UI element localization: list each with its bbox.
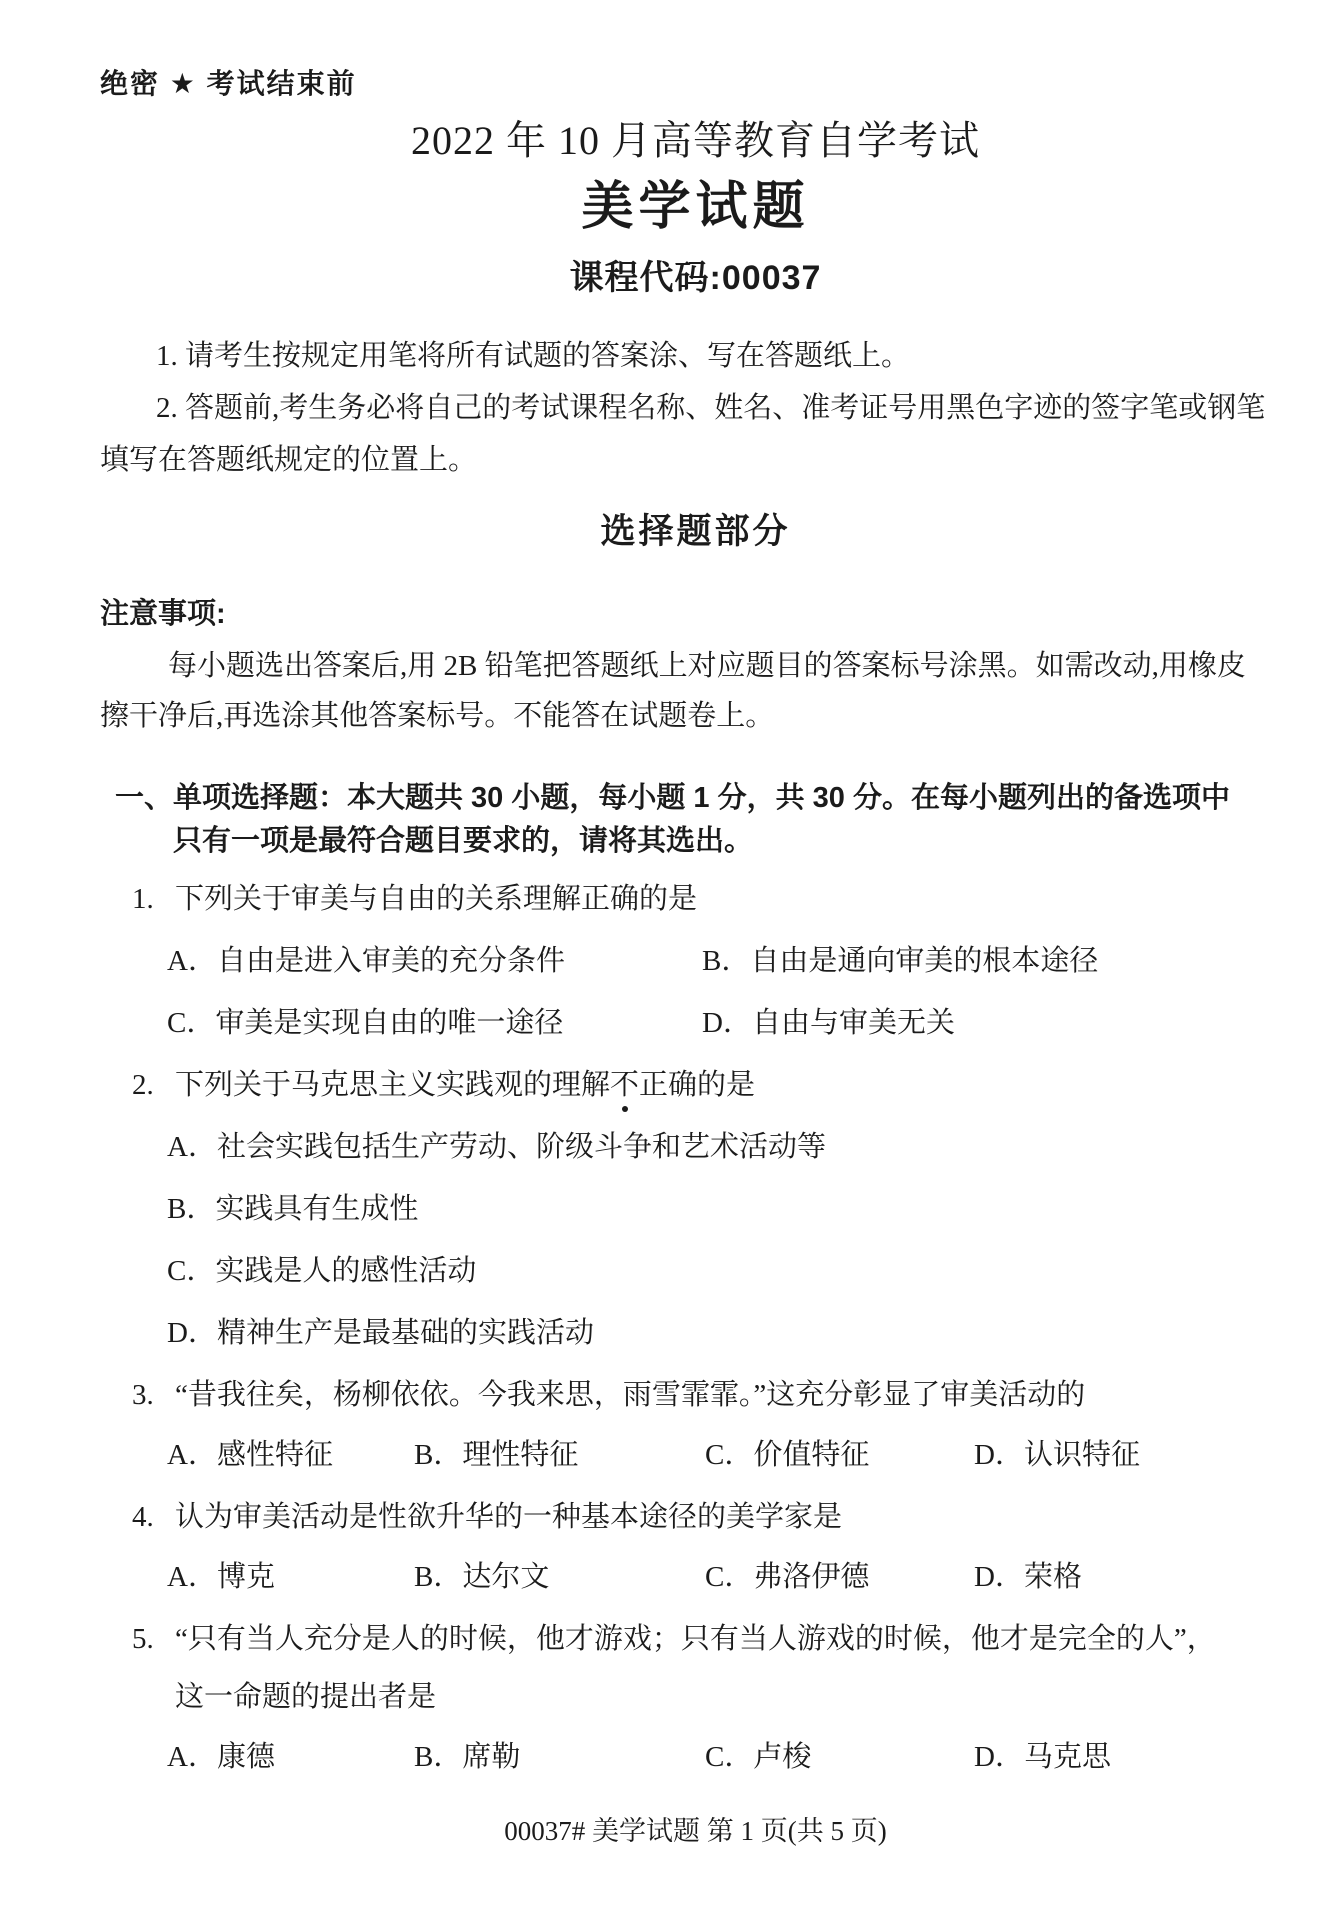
multiple-choice-part-title: 选择题部分: [100, 511, 1291, 553]
question-5-stem: 5. “只有当人充分是人的时候，他才游戏；只有当人游戏的时候，他才是完全的人”，…: [100, 1621, 1291, 1715]
question-3-option-b: B．理性特征: [414, 1437, 705, 1473]
question-4-option-b: B．达尔文: [414, 1559, 705, 1595]
course-code: 课程代码:00037: [100, 258, 1291, 298]
question-3: 3. “昔我往矣，杨柳依依。今我来思，雨雪霏霏。”这充分彰显了审美活动的 A．感…: [100, 1377, 1291, 1473]
notes-line-1: 每小题选出答案后,用 2B 铅笔把答题纸上对应题目的答案标号涂黑。如需改动,用橡…: [100, 648, 1291, 684]
question-3-stem: 3. “昔我往矣，杨柳依依。今我来思，雨雪霏霏。”这充分彰显了审美活动的: [100, 1377, 1291, 1413]
question-1-option-c: C．审美是实现自由的唯一途径: [167, 1005, 702, 1041]
question-2-stem-pre: 下列关于马克思主义实践观的理解: [175, 1069, 610, 1101]
exam-subject-title: 美学试题: [100, 178, 1291, 236]
question-2-stem-post: 正确的是: [639, 1069, 755, 1101]
question-1-option-a: A．自由是进入审美的充分条件: [167, 943, 702, 979]
question-5-options: A．康德 B．席勒 C．卢梭 D．马克思: [100, 1739, 1291, 1775]
question-3-stem-text: “昔我往矣，杨柳依依。今我来思，雨雪霏霏。”这充分彰显了审美活动的: [175, 1379, 1085, 1411]
question-1: 1. 下列关于审美与自由的关系理解正确的是 A．自由是进入审美的充分条件 B．自…: [100, 881, 1291, 1041]
question-5-option-d: D．马克思: [974, 1739, 1291, 1775]
question-2-number: 2.: [132, 1067, 154, 1103]
question-5-option-c: C．卢梭: [705, 1739, 974, 1775]
question-5-stem-line-2: 这一命题的提出者是: [175, 1679, 1291, 1715]
notes-label: 注意事项:: [100, 596, 1291, 632]
question-5-number: 5.: [132, 1621, 154, 1657]
question-4-option-a: A．博克: [167, 1559, 414, 1595]
instruction-item-2: 2. 答题前,考生务必将自己的考试课程名称、姓名、准考证号用黑色字迹的签字笔或钢…: [100, 390, 1291, 478]
notes-body: 每小题选出答案后,用 2B 铅笔把答题纸上对应题目的答案标号涂黑。如需改动,用橡…: [100, 648, 1291, 734]
instruction-item-2-line-2: 填写在答题纸规定的位置上。: [100, 442, 1291, 478]
question-3-number: 3.: [132, 1377, 154, 1413]
question-2-options: A．社会实践包括生产劳动、阶级斗争和艺术活动等 B．实践具有生成性 C．实践是人…: [100, 1129, 1291, 1351]
question-2-option-c: C．实践是人的感性活动: [167, 1253, 1291, 1289]
question-2-stem-emphasized-char: 不: [610, 1067, 639, 1103]
part-one-heading-line-2: 只有一项是最符合题目要求的，请将其选出。: [100, 822, 1291, 860]
question-2-option-b: B．实践具有生成性: [167, 1191, 1291, 1227]
question-4-option-c: C．弗洛伊德: [705, 1559, 974, 1595]
question-1-number: 1.: [132, 881, 154, 917]
question-4-stem: 4. 认为审美活动是性欲升华的一种基本途径的美学家是: [100, 1499, 1291, 1535]
instruction-item-2-line-1: 2. 答题前,考生务必将自己的考试课程名称、姓名、准考证号用黑色字迹的签字笔或钢…: [100, 390, 1291, 426]
question-4-options: A．博克 B．达尔文 C．弗洛伊德 D．荣格: [100, 1559, 1291, 1595]
instruction-item-1: 1. 请考生按规定用笔将所有试题的答案涂、写在答题纸上。: [100, 338, 1291, 374]
question-4-stem-text: 认为审美活动是性欲升华的一种基本途径的美学家是: [175, 1501, 842, 1533]
question-1-option-b: B．自由是通向审美的根本途径: [702, 943, 1291, 979]
question-3-option-a: A．感性特征: [167, 1437, 414, 1473]
question-5-stem-line-1: “只有当人充分是人的时候，他才游戏；只有当人游戏的时候，他才是完全的人”，: [175, 1621, 1291, 1657]
question-4-number: 4.: [132, 1499, 154, 1535]
part-one-heading: 一、单项选择题：本大题共 30 小题，每小题 1 分，共 30 分。在每小题列出…: [100, 779, 1291, 860]
classification-notice: 绝密 ★ 考试结束前: [100, 68, 1291, 100]
question-1-stem: 1. 下列关于审美与自由的关系理解正确的是: [100, 881, 1291, 917]
exam-session-title: 2022 年 10 月高等教育自学考试: [100, 118, 1291, 164]
question-5-option-a: A．康德: [167, 1739, 414, 1775]
notes-line-2: 擦干净后,再选涂其他答案标号。不能答在试题卷上。: [100, 698, 1291, 734]
question-4: 4. 认为审美活动是性欲升华的一种基本途径的美学家是 A．博克 B．达尔文 C．…: [100, 1499, 1291, 1595]
question-4-option-d: D．荣格: [974, 1559, 1291, 1595]
question-2-option-d: D．精神生产是最基础的实践活动: [167, 1315, 1291, 1351]
question-1-option-d: D．自由与审美无关: [702, 1005, 1291, 1041]
question-5-option-b: B．席勒: [414, 1739, 705, 1775]
question-2: 2. 下列关于马克思主义实践观的理解不正确的是 A．社会实践包括生产劳动、阶级斗…: [100, 1067, 1291, 1351]
question-3-option-c: C．价值特征: [705, 1437, 974, 1473]
exam-paper-page: 绝密 ★ 考试结束前 2022 年 10 月高等教育自学考试 美学试题 课程代码…: [0, 0, 1327, 1927]
question-1-stem-text: 下列关于审美与自由的关系理解正确的是: [175, 883, 697, 915]
page-footer: 00037# 美学试题 第 1 页(共 5 页): [100, 1815, 1291, 1847]
question-3-option-d: D．认识特征: [974, 1437, 1291, 1473]
question-3-options: A．感性特征 B．理性特征 C．价值特征 D．认识特征: [100, 1437, 1291, 1473]
question-1-options: A．自由是进入审美的充分条件 B．自由是通向审美的根本途径 C．审美是实现自由的…: [100, 943, 1291, 1041]
part-one-heading-line-1: 一、单项选择题：本大题共 30 小题，每小题 1 分，共 30 分。在每小题列出…: [100, 779, 1291, 817]
question-5: 5. “只有当人充分是人的时候，他才游戏；只有当人游戏的时候，他才是完全的人”，…: [100, 1621, 1291, 1775]
question-2-stem: 2. 下列关于马克思主义实践观的理解不正确的是: [100, 1067, 1291, 1103]
question-2-option-a: A．社会实践包括生产劳动、阶级斗争和艺术活动等: [167, 1129, 1291, 1165]
